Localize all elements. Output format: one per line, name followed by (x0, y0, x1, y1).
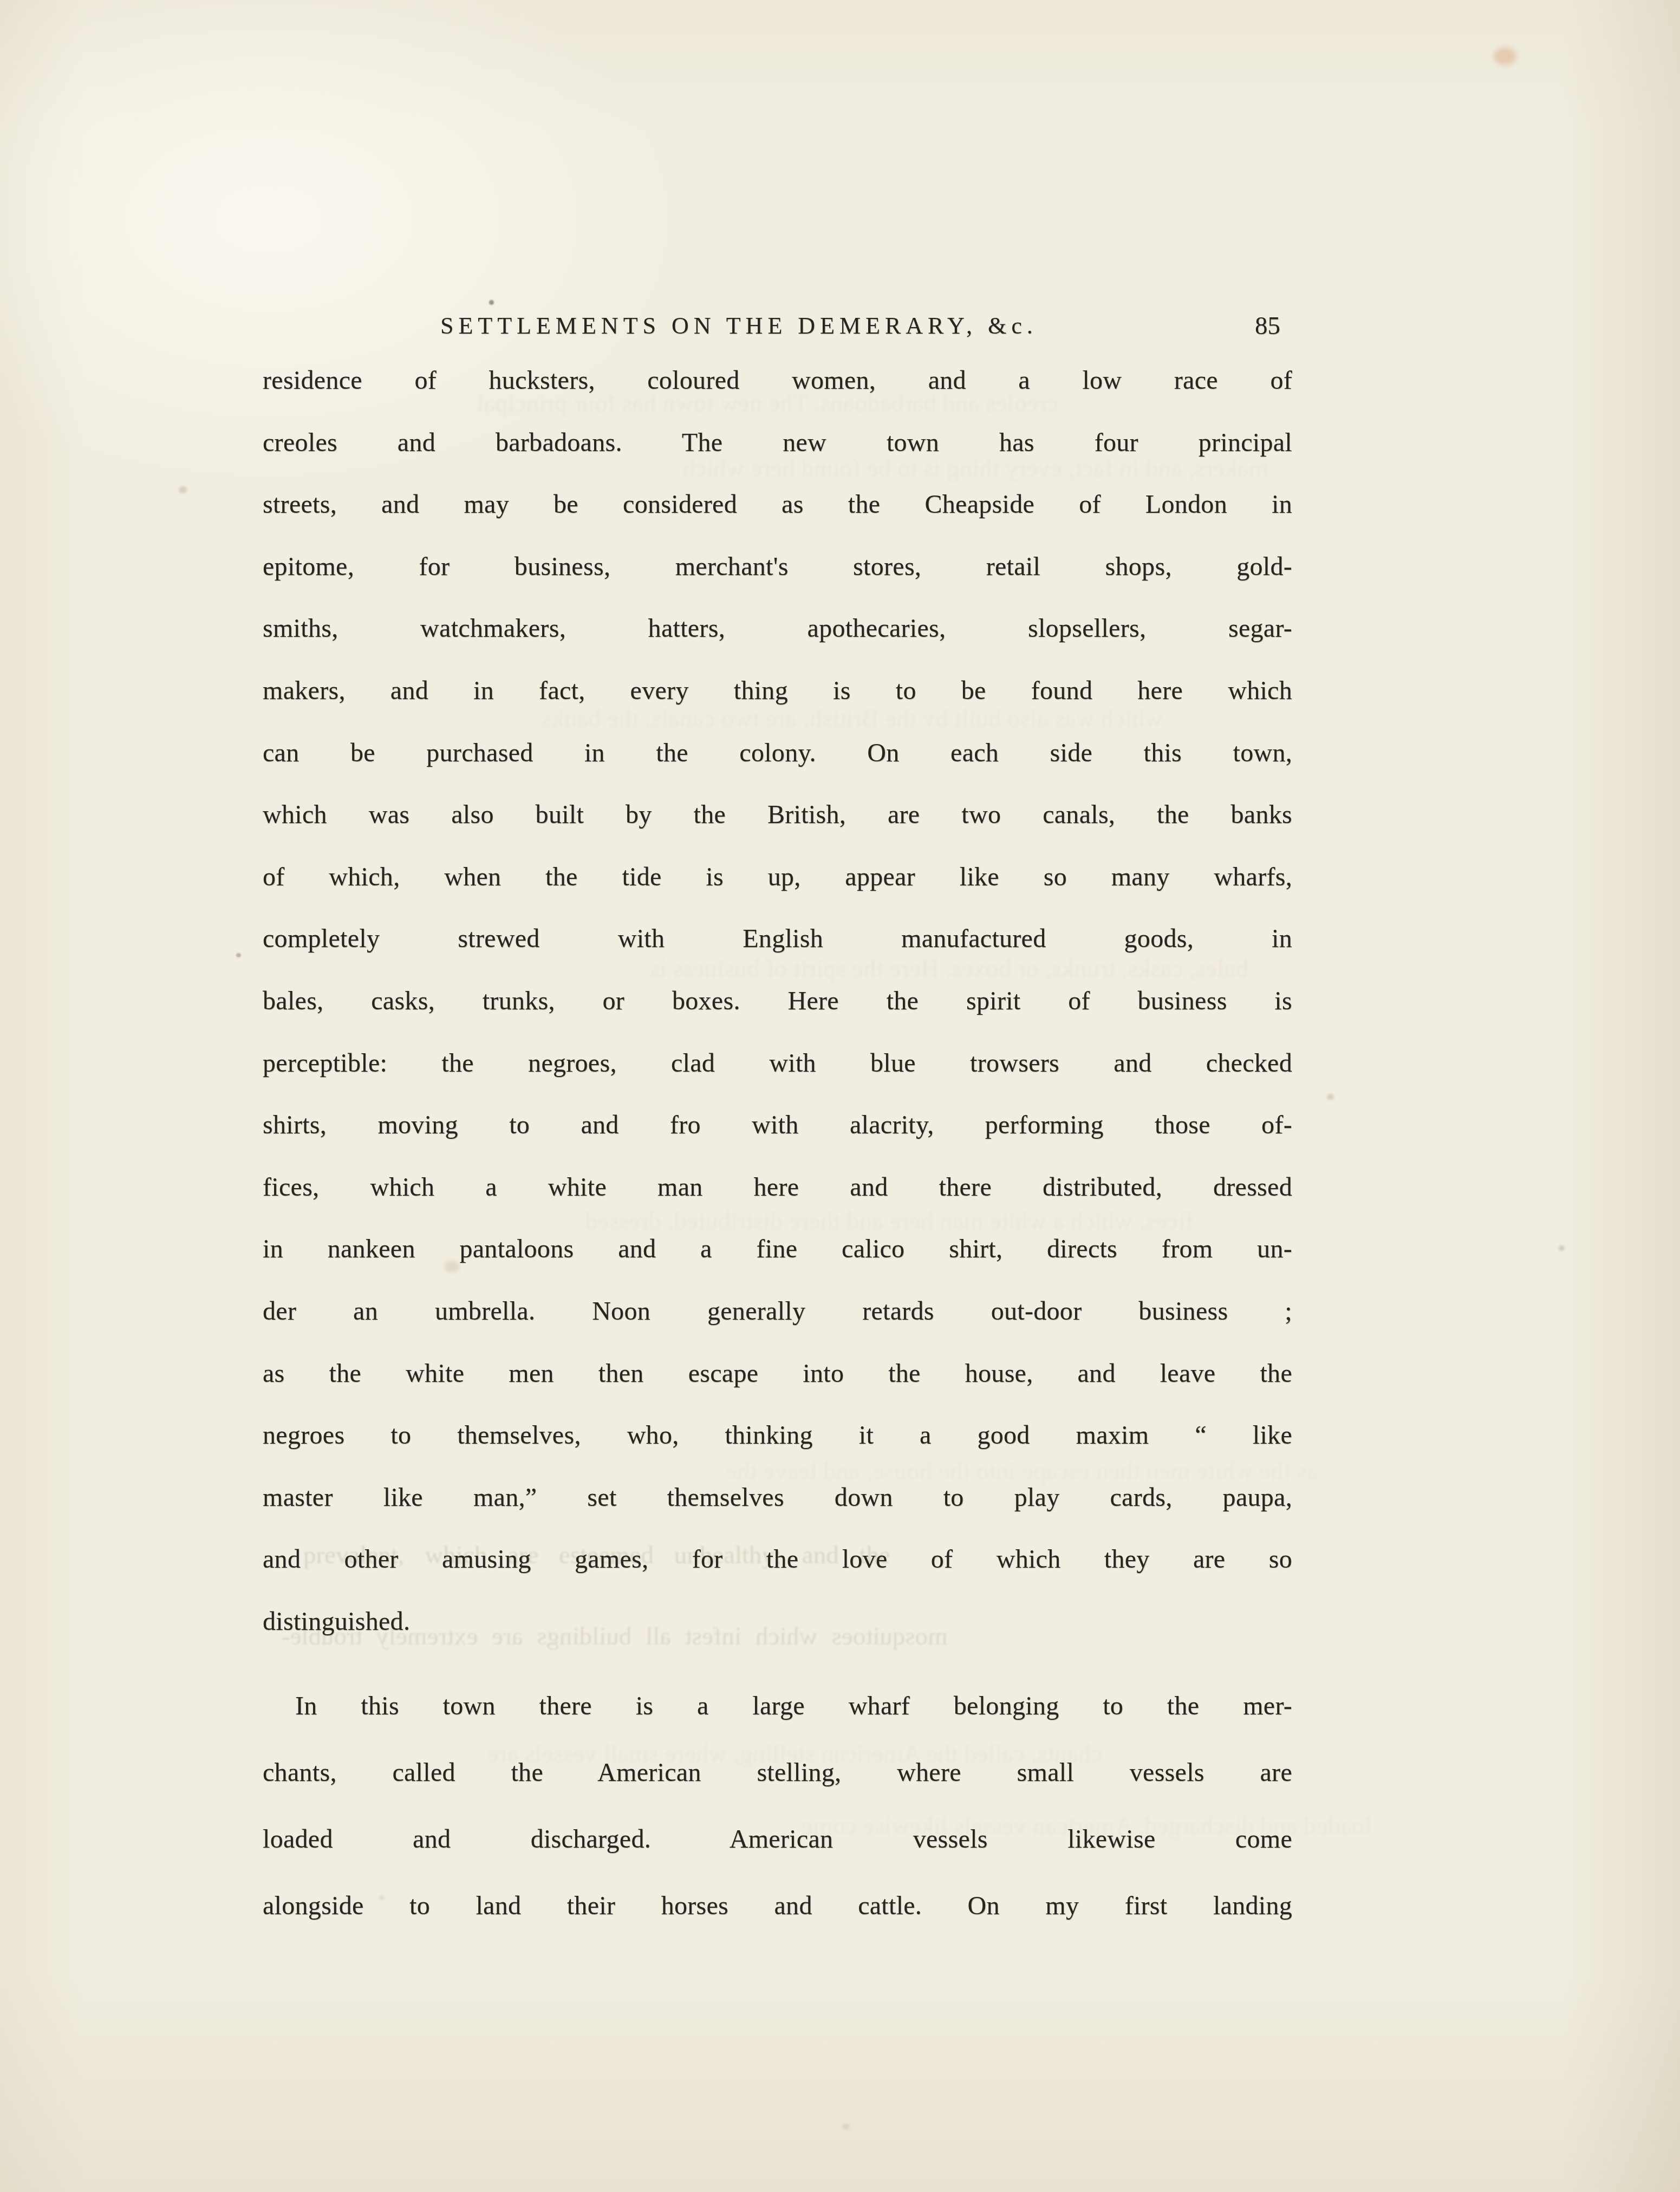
text-line: loaded and discharged. American vessels … (263, 1806, 1292, 1873)
text-line: master like man,” set themselves down to… (263, 1467, 1292, 1529)
foxing-spot (843, 2124, 849, 2129)
foxing-spot (179, 486, 187, 493)
foxing-spot (1559, 1245, 1565, 1251)
paragraph-2: In this town there is a large wharf belo… (263, 1673, 1292, 1939)
running-header-title: SETTLEMENTS ON THE DEMERARY, &c. (440, 301, 1038, 351)
text-line: creoles and barbadoans. The new town has… (263, 412, 1292, 474)
text-line: in nankeen pantaloons and a fine calico … (263, 1218, 1292, 1281)
text-line: perceptible: the negroes, clad with blue… (263, 1033, 1292, 1095)
text-line: negroes to themselves, who, thinking it … (263, 1405, 1292, 1467)
text-line: and other amusing games, for the love of… (263, 1529, 1292, 1591)
text-line: completely strewed with English manufact… (263, 908, 1292, 970)
text-line: bales, casks, trunks, or boxes. Here the… (263, 970, 1292, 1033)
page-number: 85 (1255, 301, 1280, 351)
text-line: can be purchased in the colony. On each … (263, 722, 1292, 785)
text-line: fices, which a white man here and there … (263, 1157, 1292, 1219)
page-header: SETTLEMENTS ON THE DEMERARY, &c. 85 (263, 301, 1292, 351)
text-line: smiths, watchmakers, hatters, apothecari… (263, 598, 1292, 660)
foxing-spot (1327, 1094, 1334, 1100)
text-line: In this town there is a large wharf belo… (263, 1673, 1292, 1739)
text-line: streets, and may be considered as the Ch… (263, 474, 1292, 536)
text-line: makers, and in fact, every thing is to b… (263, 660, 1292, 722)
text-line: distinguished. (263, 1591, 1292, 1653)
text-line: residence of hucksters, coloured women, … (263, 350, 1292, 412)
text-line: der an umbrella. Noon generally retards … (263, 1281, 1292, 1343)
foxing-spot (1494, 48, 1516, 65)
text-line: shirts, moving to and fro with alacrity,… (263, 1094, 1292, 1157)
text-line: which was also built by the British, are… (263, 784, 1292, 846)
text-line: chants, called the American stelling, wh… (263, 1739, 1292, 1806)
text-line: epitome, for business, merchant's stores… (263, 536, 1292, 598)
book-page-scan: creoles and barbadoans. The new town has… (0, 0, 1680, 2192)
foxing-spot (236, 953, 241, 957)
text-line: as the white men then escape into the ho… (263, 1343, 1292, 1405)
text-line: alongside to land their horses and cattl… (263, 1873, 1292, 1939)
paragraph-1: residence of hucksters, coloured women, … (263, 350, 1292, 1653)
text-line: of which, when the tide is up, appear li… (263, 846, 1292, 909)
